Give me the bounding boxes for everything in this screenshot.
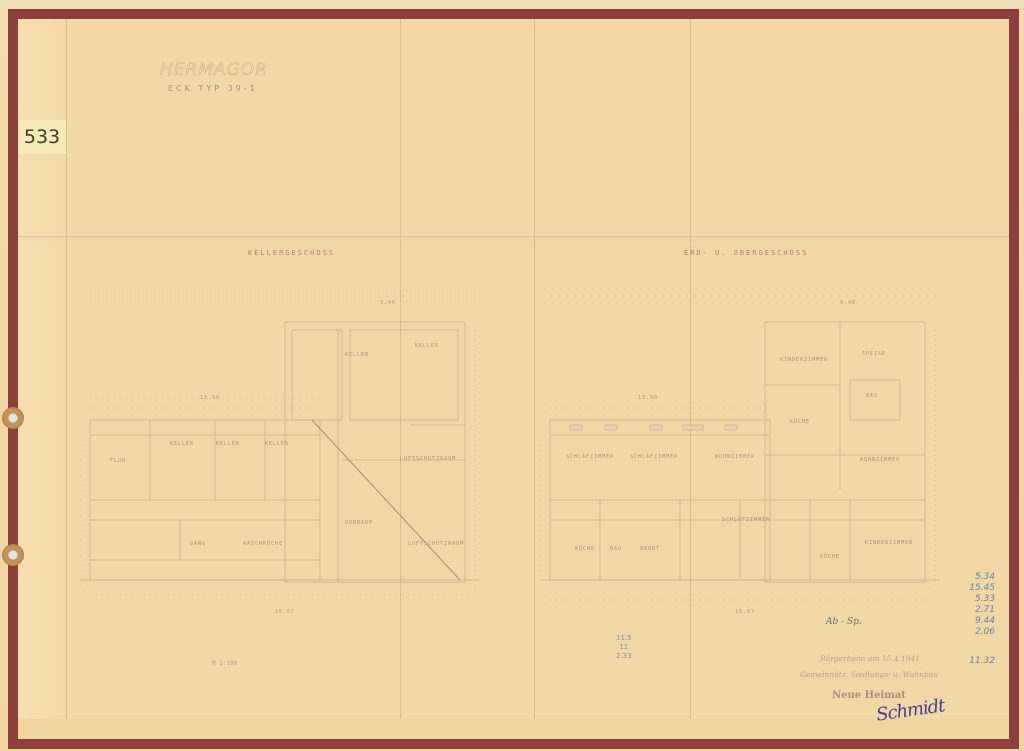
calc-line: 11 — [616, 643, 632, 652]
punch-hole — [2, 544, 24, 566]
town-title: HERMAGOR — [160, 60, 268, 80]
calc-line: 9.44 — [955, 616, 995, 627]
room-label: GANG — [190, 541, 206, 547]
room-label: KÜCHE — [790, 419, 810, 425]
room-label: BAD — [866, 393, 878, 399]
stamp-line-1: Bürgerheim am 15.4.1941 — [820, 654, 920, 663]
handwritten-note: Ab - Sp. — [826, 617, 862, 627]
scan-edge — [0, 0, 1024, 8]
blue-ink-calculations: 5.34 15.45 5.33 2.71 9.44 2.06 11.32 — [955, 572, 995, 667]
room-label: VORRAUM — [345, 520, 373, 526]
room-label: KELLER — [415, 343, 439, 349]
room-label: WOHNZIMMER — [715, 454, 755, 460]
dimension-label: 13.90 — [200, 395, 220, 401]
calc-line: 11.5 — [616, 634, 632, 643]
stamp-line-2: Gemeinnütz. Siedlungs- u. Wohnbau — [800, 670, 938, 679]
stamp-name: Neue Heimat — [832, 690, 906, 701]
room-label: KINDERZIMMER — [780, 357, 828, 363]
room-label: LUFTSCHUTZRAUM — [400, 456, 456, 462]
room-label: SCHLAFZIMMER — [566, 454, 614, 460]
room-label: SPEISE — [862, 351, 886, 357]
room-label: FLUR — [110, 458, 126, 464]
dimension-label: 16.67 — [735, 609, 755, 615]
calc-line: 11.32 — [955, 656, 995, 667]
dimension-label: 9.46 — [380, 300, 396, 306]
calc-line: 2.06 — [955, 627, 995, 638]
punch-hole — [2, 407, 24, 429]
room-label: KÜCHE — [575, 546, 595, 552]
room-label: ABORT — [640, 546, 660, 552]
dimension-label: 16.67 — [275, 609, 295, 615]
basement-floor-plan — [80, 290, 500, 620]
fold-line — [66, 19, 67, 719]
type-label: ECK TYP 39-1 — [168, 84, 258, 93]
scale-note: M 1:100 — [212, 660, 237, 667]
scanned-document: HERMAGOR ECK TYP 39-1 533 KELLERGESCHOSS… — [0, 0, 1024, 751]
room-label: KÜCHE — [820, 554, 840, 560]
section-title-basement: KELLERGESCHOSS — [248, 249, 335, 257]
archive-number-label: 533 — [18, 120, 66, 154]
room-label: WOHNZIMMER — [860, 457, 900, 463]
calc-line: 15.45 — [955, 583, 995, 594]
calc-line: 5.34 — [955, 572, 995, 583]
fold-line-horizontal — [18, 236, 1009, 239]
calc-line: 5.33 — [955, 594, 995, 605]
room-label: BAD — [610, 546, 622, 552]
calc-line: 2.33 — [616, 652, 632, 661]
calc-line: 2.71 — [955, 605, 995, 616]
room-label: LUFTSCHUTZRAUM — [408, 541, 464, 547]
fold-line — [534, 19, 535, 719]
room-label: KELLER — [345, 352, 369, 358]
dimension-label: 13.90 — [638, 395, 658, 401]
room-label: KINDERZIMMER — [865, 540, 913, 546]
dimension-label: 9.46 — [840, 300, 856, 306]
section-title-upper: ERD- U. OBERGESCHOSS — [684, 249, 808, 257]
room-label: KELLER — [216, 441, 240, 447]
room-label: KELLER — [170, 441, 194, 447]
room-label: KELLER — [265, 441, 289, 447]
room-label: WASCHKÜCHE — [243, 541, 283, 547]
handwritten-calculation: 11.5 11 2.33 — [616, 634, 632, 661]
room-label: SCHLAFZIMMER — [722, 517, 770, 523]
room-label: SCHLAFZIMMER — [630, 454, 678, 460]
